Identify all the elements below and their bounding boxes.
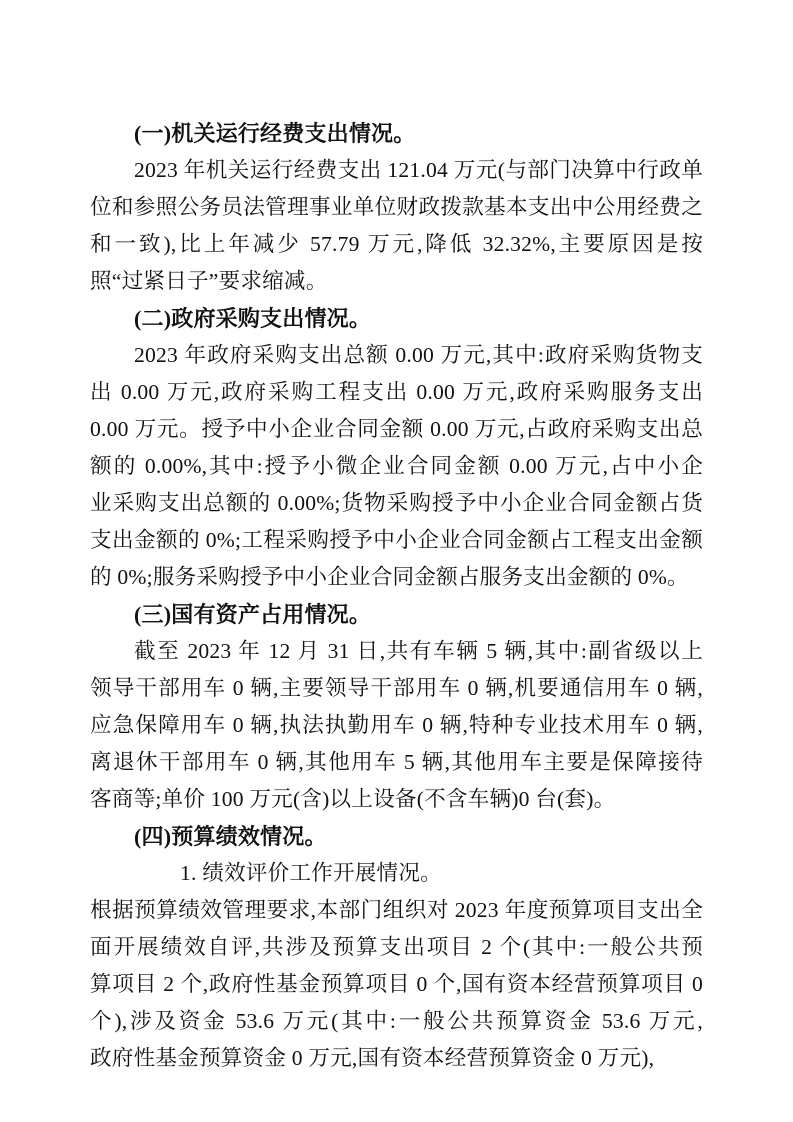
- section-heading: (三)国有资产占用情况。: [90, 596, 703, 633]
- text-line: 应急保障用车 0 辆,执法执勤用车 0 辆,特种专业技术用车 0 辆,: [90, 707, 703, 744]
- text-line: 支出金额的 0%;工程采购授予中小企业合同金额占工程支出金额: [90, 522, 703, 559]
- section-heading: (二)政府采购支出情况。: [90, 300, 703, 337]
- text-line: 政府性基金预算资金 0 万元,国有资本经营预算资金 0 万元),: [90, 1040, 703, 1077]
- subsection-title: 1. 绩效评价工作开展情况。: [90, 855, 703, 892]
- text-line: 位和参照公务员法管理事业单位财政拨款基本支出中公用经费之: [90, 189, 703, 226]
- text-line: 个),涉及资金 53.6 万元(其中:一般公共预算资金 53.6 万元,: [90, 1003, 703, 1040]
- section-budget-performance: (四)预算绩效情况。 1. 绩效评价工作开展情况。 根据预算绩效管理要求,本部门…: [90, 818, 703, 1077]
- document-body: (一)机关运行经费支出情况。 2023 年机关运行经费支出 121.04 万元(…: [90, 115, 703, 1077]
- text-line: 2023 年政府采购支出总额 0.00 万元,其中:政府采购货物支: [90, 337, 703, 374]
- text-line: 根据预算绩效管理要求,本部门组织对 2023 年度预算项目支出全: [90, 892, 703, 929]
- text-line: 算项目 2 个,政府性基金预算项目 0 个,国有资本经营预算项目 0: [90, 966, 703, 1003]
- text-line: 离退休干部用车 0 辆,其他用车 5 辆,其他用车主要是保障接待: [90, 744, 703, 781]
- text-line: 照“过紧日子”要求缩减。: [90, 263, 703, 300]
- document-page: (一)机关运行经费支出情况。 2023 年机关运行经费支出 121.04 万元(…: [0, 0, 793, 1122]
- text-line: 面开展绩效自评,共涉及预算支出项目 2 个(其中:一般公共预: [90, 929, 703, 966]
- text-line: 额的 0.00%,其中:授予小微企业合同金额 0.00 万元,占中小企: [90, 448, 703, 485]
- text-line: 业采购支出总额的 0.00%;货物采购授予中小企业合同金额占货物: [90, 485, 703, 522]
- text-line: 出 0.00 万元,政府采购工程支出 0.00 万元,政府采购服务支出: [90, 374, 703, 411]
- text-line: 2023 年机关运行经费支出 121.04 万元(与部门决算中行政单: [90, 152, 703, 189]
- text-line: 领导干部用车 0 辆,主要领导干部用车 0 辆,机要通信用车 0 辆,: [90, 670, 703, 707]
- text-line: 的 0%;服务采购授予中小企业合同金额占服务支出金额的 0%。: [90, 559, 703, 596]
- section-state-owned-assets: (三)国有资产占用情况。 截至 2023 年 12 月 31 日,共有车辆 5 …: [90, 596, 703, 818]
- text-line: 0.00 万元。授予中小企业合同金额 0.00 万元,占政府采购支出总: [90, 411, 703, 448]
- section-agency-operating-expenses: (一)机关运行经费支出情况。 2023 年机关运行经费支出 121.04 万元(…: [90, 115, 703, 300]
- section-heading: (一)机关运行经费支出情况。: [90, 115, 703, 152]
- text-line: 截至 2023 年 12 月 31 日,共有车辆 5 辆,其中:副省级以上: [90, 633, 703, 670]
- text-line: 客商等;单价 100 万元(含)以上设备(不含车辆)0 台(套)。: [90, 781, 703, 818]
- section-government-procurement: (二)政府采购支出情况。 2023 年政府采购支出总额 0.00 万元,其中:政…: [90, 300, 703, 596]
- section-heading: (四)预算绩效情况。: [90, 818, 703, 855]
- text-line: 和一致),比上年减少 57.79 万元,降低 32.32%,主要原因是按: [90, 226, 703, 263]
